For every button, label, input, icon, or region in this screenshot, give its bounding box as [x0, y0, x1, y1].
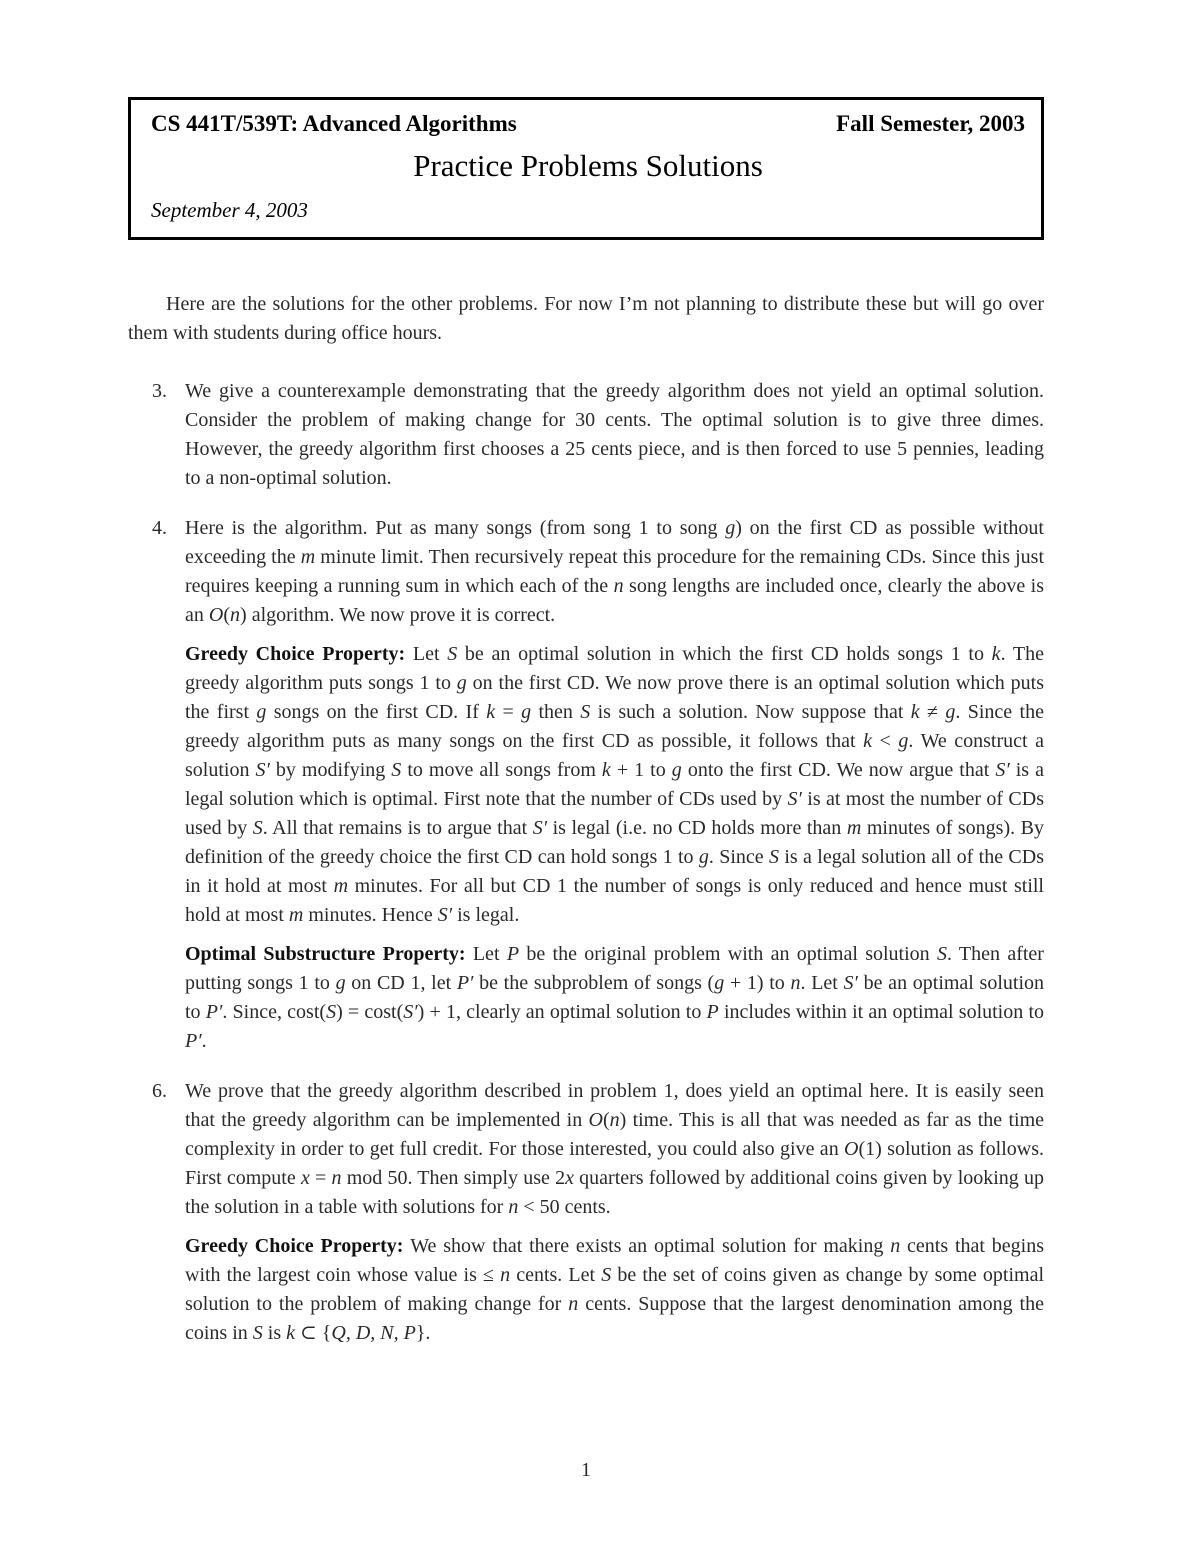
header-row: CS 441T/539T: Advanced Algorithms Fall S… [151, 110, 1025, 138]
problem-4-body: Here is the algorithm. Put as many songs… [185, 514, 1044, 1056]
problem-4-paragraph: Here is the algorithm. Put as many songs… [185, 514, 1044, 630]
problem-6-paragraph: We prove that the greedy algorithm descr… [185, 1077, 1044, 1222]
problem-3-body: We give a counterexample demonstrating t… [185, 377, 1044, 493]
problem-3-number: 3. [152, 377, 185, 493]
semester-label: Fall Semester, 2003 [836, 110, 1025, 138]
problem-6-body: We prove that the greedy algorithm descr… [185, 1077, 1044, 1348]
course-title: CS 441T/539T: Advanced Algorithms [151, 110, 517, 138]
problem-6-number: 6. [152, 1077, 185, 1348]
greedy-choice-property-paragraph: Greedy Choice Property: Let S be an opti… [185, 640, 1044, 930]
document-date: September 4, 2003 [151, 197, 1025, 223]
greedy-choice-property-2-paragraph: Greedy Choice Property: We show that the… [185, 1232, 1044, 1348]
document-page: CS 441T/539T: Advanced Algorithms Fall S… [0, 0, 1200, 1553]
document-title: Practice Problems Solutions [151, 148, 1025, 184]
problem-4-number: 4. [152, 514, 185, 1056]
intro-paragraph: Here are the solutions for the other pro… [128, 290, 1044, 348]
page-content: CS 441T/539T: Advanced Algorithms Fall S… [128, 97, 1044, 1348]
problem-item-4: 4. Here is the algorithm. Put as many so… [128, 514, 1044, 1056]
page-number: 1 [128, 1457, 1044, 1483]
problem-item-6: 6. We prove that the greedy algorithm de… [128, 1077, 1044, 1348]
optimal-substructure-property-paragraph: Optimal Substructure Property: Let P be … [185, 940, 1044, 1056]
problem-item-3: 3. We give a counterexample demonstratin… [128, 377, 1044, 493]
header-box: CS 441T/539T: Advanced Algorithms Fall S… [128, 97, 1044, 240]
problem-3-paragraph: We give a counterexample demonstrating t… [185, 377, 1044, 493]
